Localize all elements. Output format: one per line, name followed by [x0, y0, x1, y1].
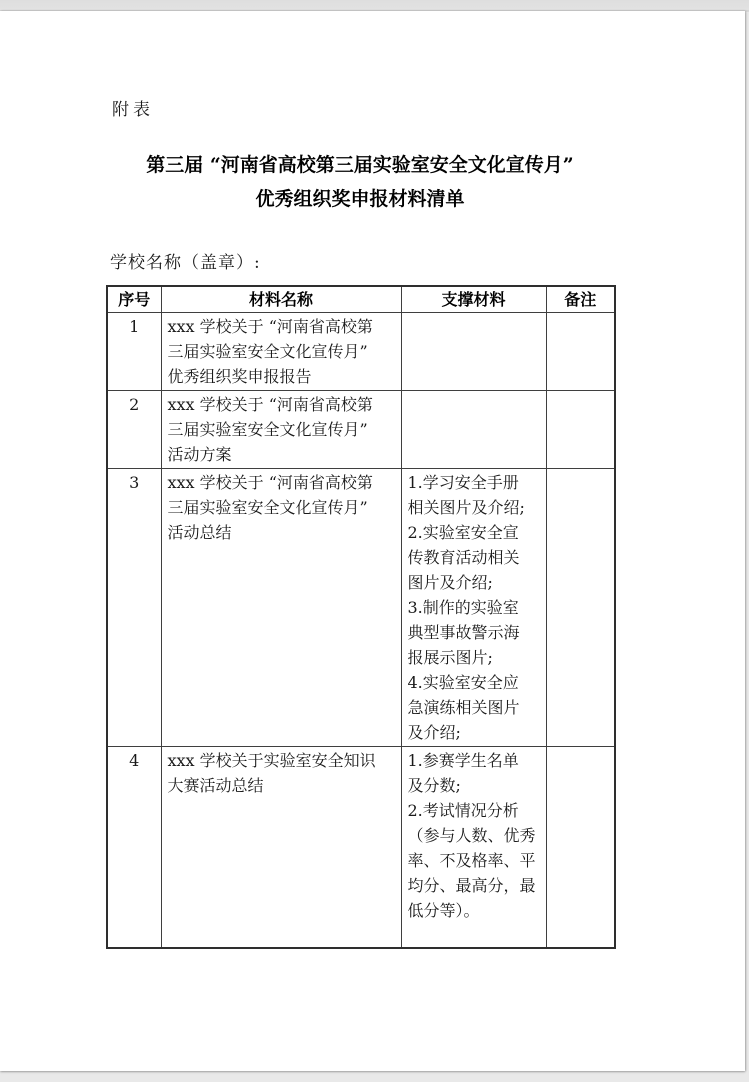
cell-support	[401, 313, 546, 391]
header-cell-no: 序号	[107, 286, 161, 313]
table-row: 4 xxx 学校关于实验室安全知识 大赛活动总结 1.参赛学生名单 及分数; 2…	[107, 747, 615, 948]
table-header-row: 序号 材料名称 支撑材料 备注	[107, 286, 615, 313]
school-name-label: 学校名称（盖章）:	[110, 250, 261, 276]
table-row: 2 xxx 学校关于 “河南省高校第 三届实验室安全文化宣传月” 活动方案	[107, 391, 615, 469]
cell-no: 3	[107, 469, 161, 747]
cell-no: 1	[107, 313, 161, 391]
materials-table: 序号 材料名称 支撑材料 备注 1 xxx 学校关于 “河南省高校第 三届实验室…	[106, 285, 616, 949]
cell-remark	[546, 469, 615, 747]
cell-no: 4	[107, 747, 161, 948]
cell-remark	[546, 313, 615, 391]
cell-remark	[546, 747, 615, 948]
cell-material: xxx 学校关于 “河南省高校第 三届实验室安全文化宣传月” 优秀组织奖申报报告	[161, 313, 401, 391]
table-row: 1 xxx 学校关于 “河南省高校第 三届实验室安全文化宣传月” 优秀组织奖申报…	[107, 313, 615, 391]
document-title-line1: 第三届 “河南省高校第三届实验室安全文化宣传月”	[106, 148, 614, 182]
header-cell-support: 支撑材料	[401, 286, 546, 313]
document-title: 第三届 “河南省高校第三届实验室安全文化宣传月” 优秀组织奖申报材料清单	[106, 148, 614, 216]
cell-material: xxx 学校关于实验室安全知识 大赛活动总结	[161, 747, 401, 948]
cell-no: 2	[107, 391, 161, 469]
cell-material: xxx 学校关于 “河南省高校第 三届实验室安全文化宣传月” 活动总结	[161, 469, 401, 747]
table-row: 3 xxx 学校关于 “河南省高校第 三届实验室安全文化宣传月” 活动总结 1.…	[107, 469, 615, 747]
appendix-tag: 附表	[112, 98, 154, 122]
viewer-background: 附表 第三届 “河南省高校第三届实验室安全文化宣传月” 优秀组织奖申报材料清单 …	[0, 0, 749, 1082]
header-cell-material: 材料名称	[161, 286, 401, 313]
cell-remark	[546, 391, 615, 469]
cell-support	[401, 391, 546, 469]
cell-support: 1.学习安全手册 相关图片及介绍; 2.实验室安全宣 传教育活动相关 图片及介绍…	[401, 469, 546, 747]
header-cell-remark: 备注	[546, 286, 615, 313]
document-page: 附表 第三届 “河南省高校第三届实验室安全文化宣传月” 优秀组织奖申报材料清单 …	[0, 11, 745, 1071]
document-title-line2: 优秀组织奖申报材料清单	[106, 182, 614, 216]
cell-material: xxx 学校关于 “河南省高校第 三届实验室安全文化宣传月” 活动方案	[161, 391, 401, 469]
cell-support: 1.参赛学生名单 及分数; 2.考试情况分析 （参与人数、优秀 率、不及格率、平…	[401, 747, 546, 948]
